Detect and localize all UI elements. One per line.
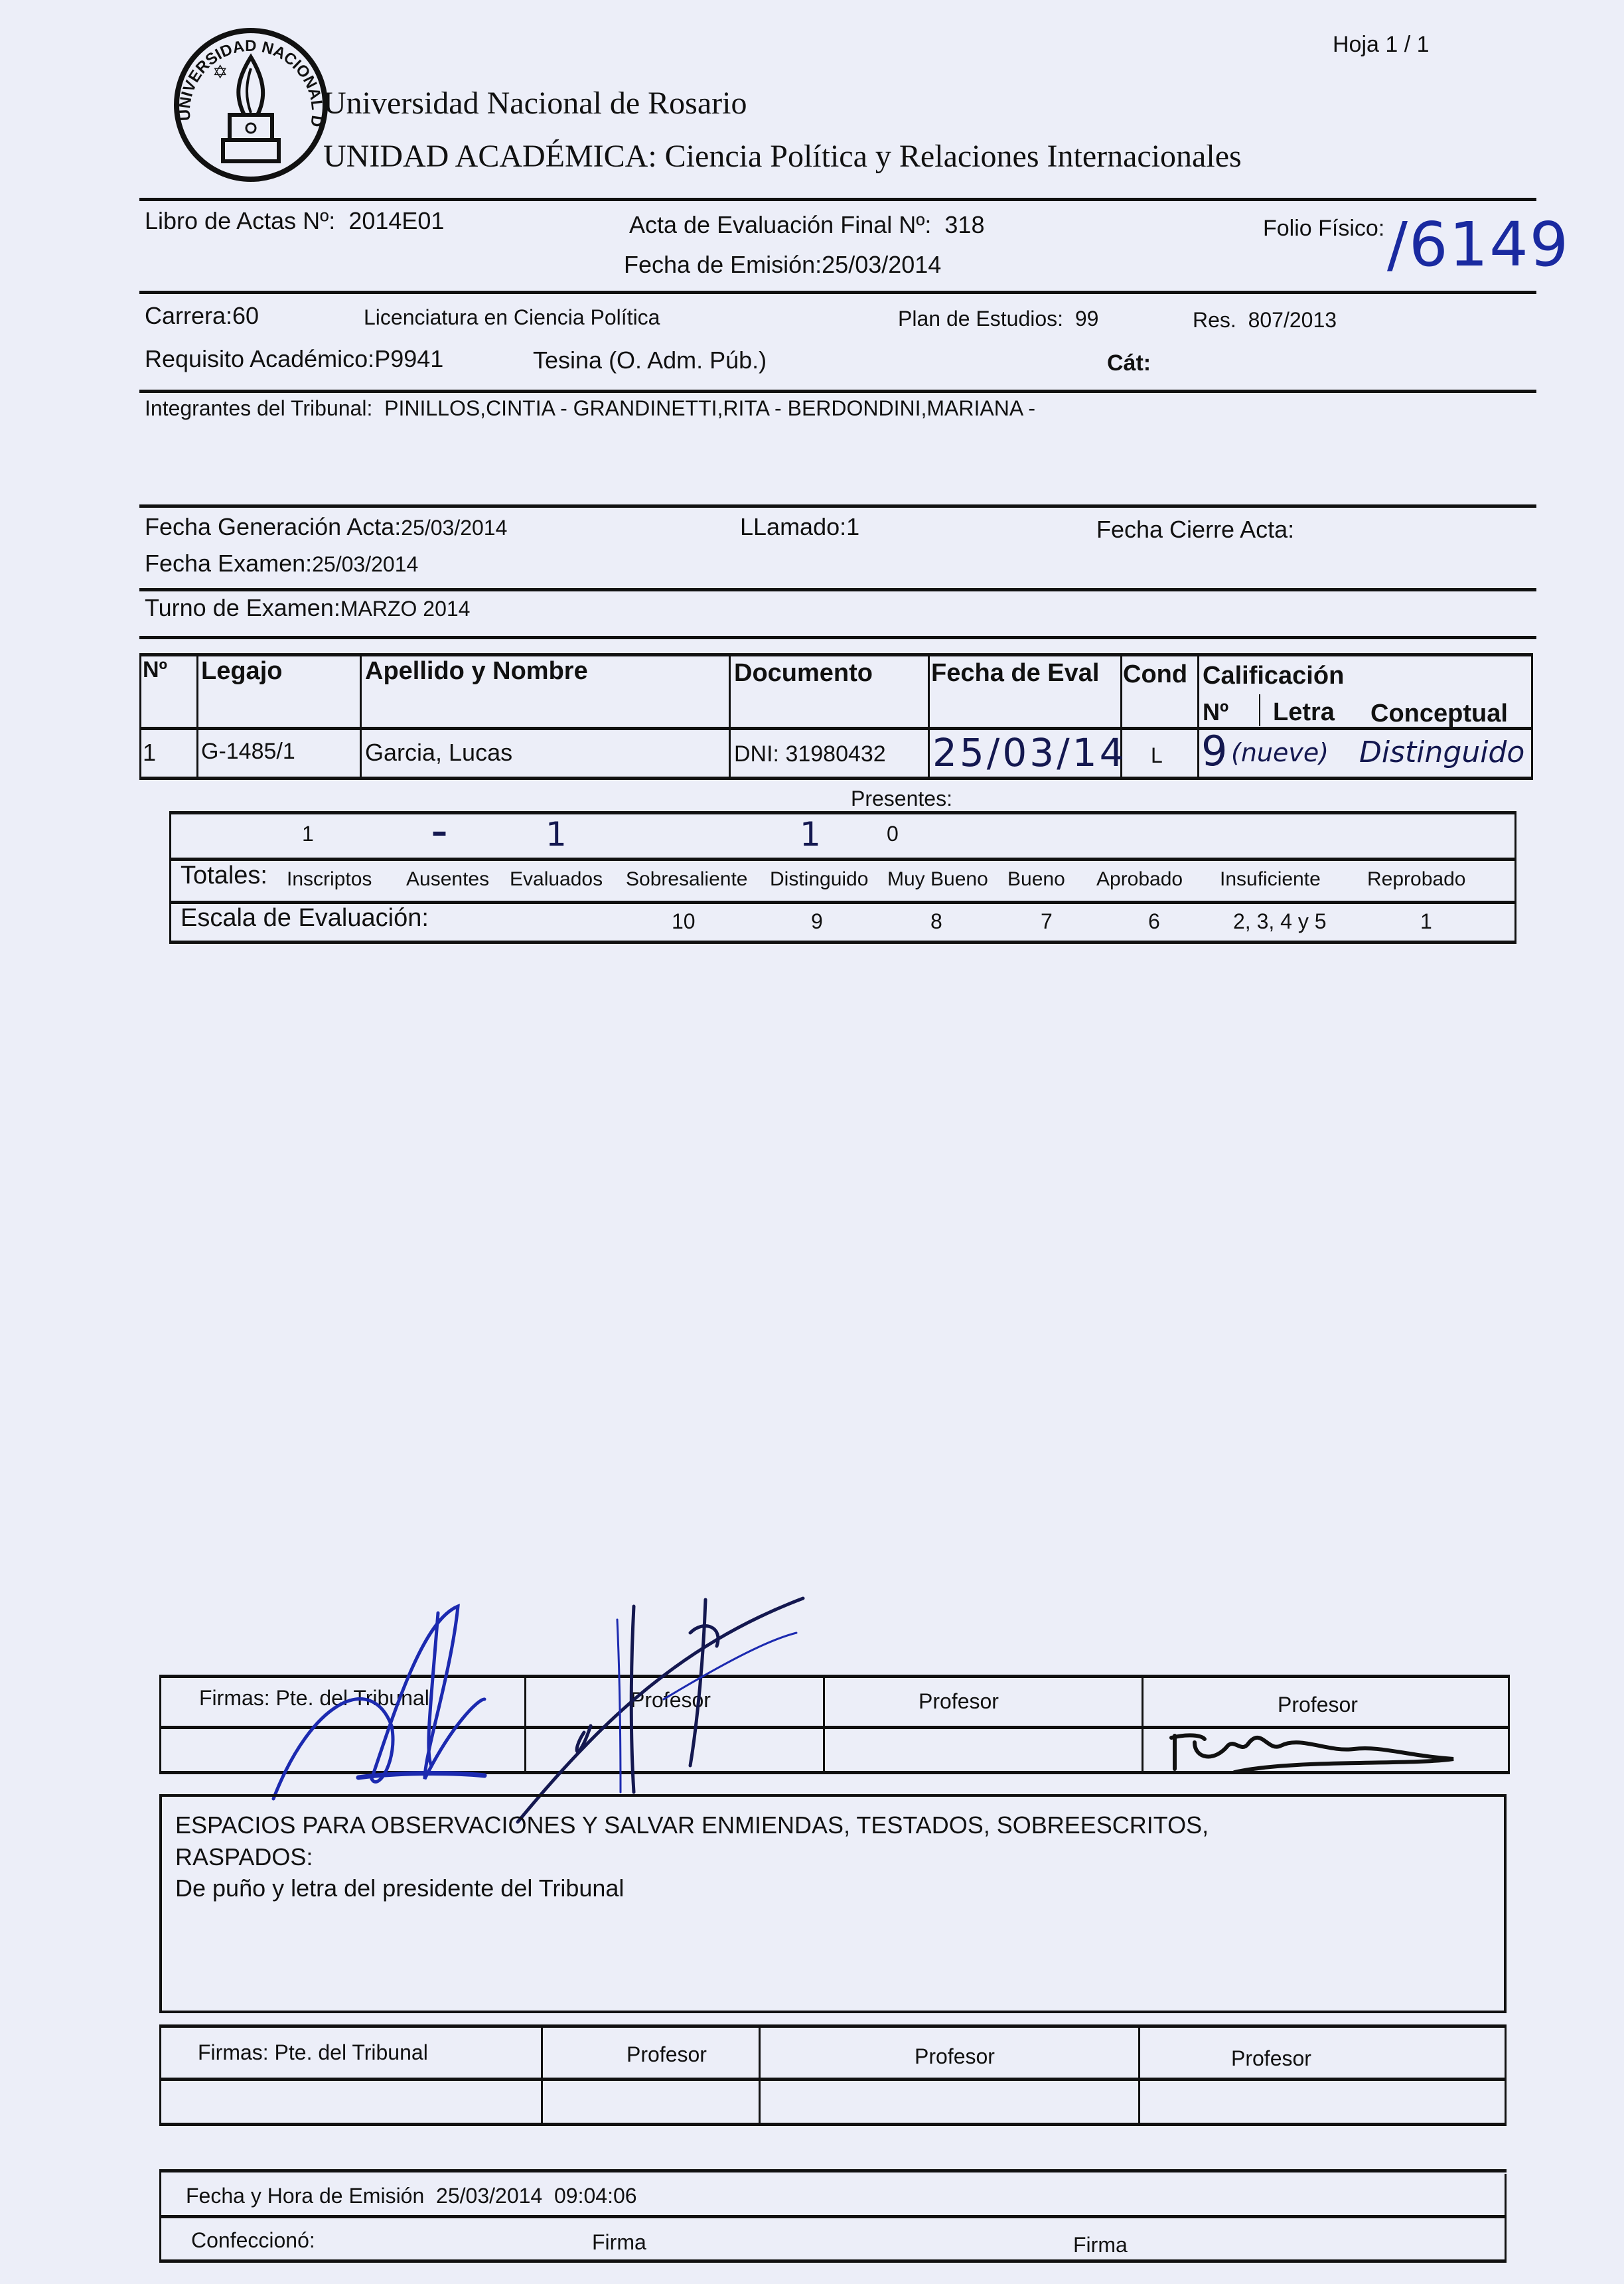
firma2-label: Firma <box>1073 2233 1128 2257</box>
firma1-label: Firma <box>592 2230 646 2255</box>
observations-subtitle: De puño y letra del presidente del Tribu… <box>175 1874 624 1902</box>
table-border <box>159 2259 1507 2263</box>
table-border <box>159 2169 1507 2172</box>
table-border <box>159 2215 1507 2218</box>
col-line <box>159 2024 161 2125</box>
col-line <box>159 2169 161 2262</box>
emission-label: Fecha y Hora de Emisión <box>186 2184 424 2208</box>
col-line <box>1505 2024 1507 2125</box>
sig2-prof2-label: Profesor <box>915 2044 995 2069</box>
observations-title-2: RASPADOS: <box>175 1843 313 1871</box>
sig2-pte-label: Firmas: Pte. del Tribunal <box>198 2040 428 2065</box>
sig2-prof1-label: Profesor <box>627 2042 707 2067</box>
col-line <box>1138 2024 1140 2125</box>
sig2-prof3-label: Profesor <box>1231 2046 1311 2071</box>
observations-title: ESPACIOS PARA OBSERVACIONES Y SALVAR ENM… <box>175 1811 1209 1839</box>
table-border <box>159 2123 1507 2126</box>
emission-field: Fecha y Hora de Emisión 25/03/2014 09:04… <box>186 2184 637 2208</box>
col-line <box>1505 2174 1507 2262</box>
observations-box: ESPACIOS PARA OBSERVACIONES Y SALVAR ENM… <box>159 1794 1507 2013</box>
table-border <box>159 2078 1507 2081</box>
emission-date: 25/03/2014 <box>436 2184 542 2208</box>
table-border <box>159 2024 1507 2028</box>
emission-time: 09:04:06 <box>554 2184 637 2208</box>
confecciono-label: Confeccionó: <box>191 2228 315 2253</box>
col-line <box>541 2024 543 2125</box>
col-line <box>759 2024 761 2125</box>
